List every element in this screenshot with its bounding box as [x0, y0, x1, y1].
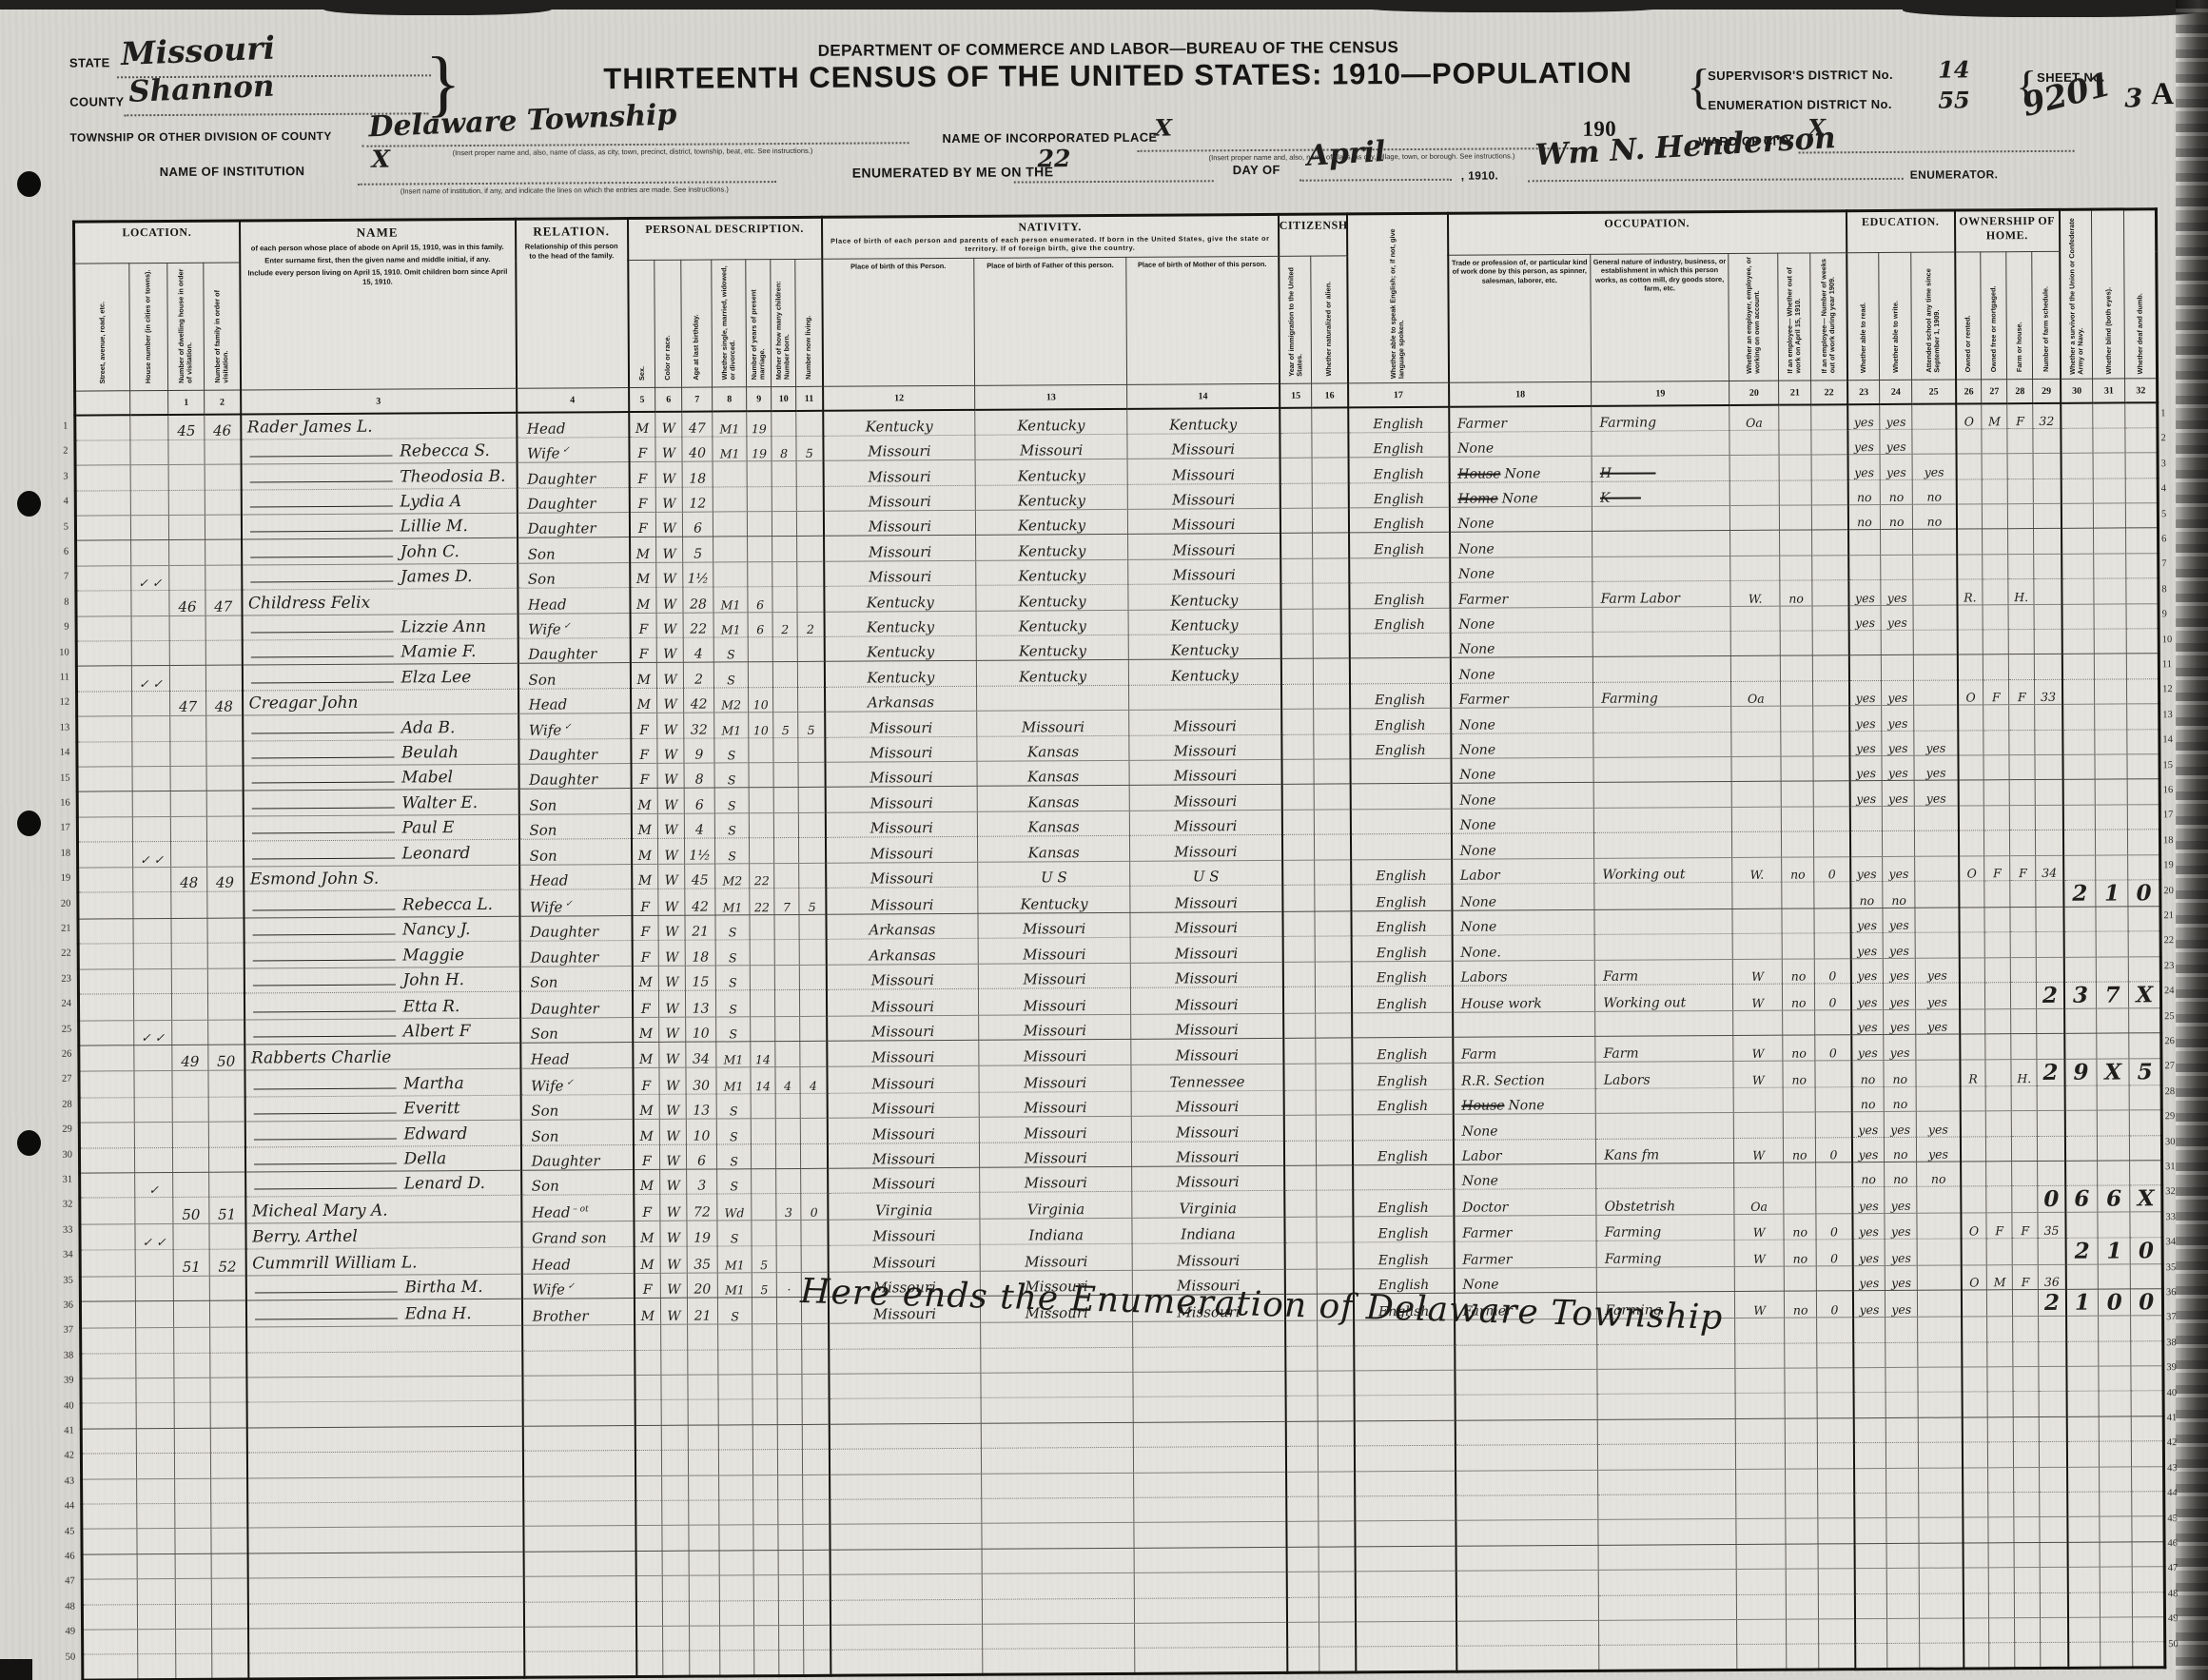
cell-emp	[1729, 480, 1779, 506]
cell-fs	[2040, 1467, 2067, 1493]
cell-bp	[830, 1448, 982, 1474]
cell-own: O	[1958, 680, 1983, 706]
cell-c: W	[658, 915, 685, 941]
cell-house	[136, 1454, 174, 1479]
cell-m: S	[717, 1221, 752, 1246]
cell-own	[1963, 1493, 1988, 1518]
cell-out: no	[1783, 1061, 1815, 1087]
cell-imm	[1280, 483, 1312, 509]
cell-street	[80, 1224, 135, 1250]
cell-age: 6	[684, 788, 714, 813]
cell-cb	[772, 662, 797, 688]
cell-bl	[2099, 1264, 2131, 1290]
cell-own	[1959, 830, 1984, 856]
cell-age: 21	[685, 915, 715, 941]
cell-ind	[1595, 1011, 1733, 1037]
cell-emp	[1729, 455, 1779, 480]
cell-occ	[1456, 1570, 1598, 1595]
cell-fh	[2014, 1568, 2040, 1593]
cell-df	[2130, 1135, 2162, 1161]
cell-fh: F	[2012, 1264, 2038, 1290]
cell-vet	[2067, 1542, 2100, 1568]
cell-sc	[1920, 1643, 1964, 1669]
cell-bp: Missouri	[824, 510, 976, 536]
cell-bf: Kentucky	[978, 886, 1130, 913]
cell-bf: Kentucky	[975, 409, 1127, 435]
cell-street	[78, 919, 133, 945]
cell-c: W	[659, 1043, 686, 1068]
cell-ind: K ——	[1592, 480, 1729, 506]
cell-sx: F	[633, 990, 659, 1017]
cell-age: 10	[686, 1017, 716, 1043]
cell-bp: Missouri	[824, 560, 976, 586]
cell-sc: yes	[1912, 454, 1956, 479]
cell-wk	[1812, 631, 1848, 656]
cell-age: 13	[686, 1094, 716, 1120]
cell-y	[753, 1525, 778, 1551]
cell-sc	[1918, 1317, 1962, 1342]
cell-c	[661, 1450, 688, 1475]
enumeration-district-label: ENUMERATION DISTRICT No.	[1708, 97, 1892, 112]
cell-cb	[778, 1475, 803, 1500]
cell-m: M1	[714, 713, 749, 738]
cell-m	[713, 512, 747, 537]
cell-wr: yes	[1882, 680, 1914, 706]
cell-ind: Working out	[1594, 857, 1732, 883]
cell-emp	[1736, 1494, 1786, 1519]
line-number-left: 31	[53, 1175, 72, 1185]
cell-house	[136, 1428, 174, 1454]
cell-wr: no	[1880, 479, 1912, 505]
cell-rd: yes	[1849, 680, 1882, 706]
line-number-left: 46	[56, 1552, 75, 1562]
cell-fr	[1983, 705, 2009, 731]
cell-bm: Kentucky	[1128, 584, 1280, 610]
cell-fam	[205, 539, 242, 565]
cell-cb	[775, 1017, 800, 1043]
cell-rd: yes	[1849, 755, 1882, 781]
cell-bp	[830, 1524, 982, 1550]
cell-emp	[1731, 732, 1781, 757]
cell-cb	[772, 411, 796, 437]
cell-eng: English	[1351, 961, 1452, 987]
cell-bf: Kentucky	[975, 484, 1127, 510]
cell-house	[137, 1579, 175, 1605]
cell-sx: M	[633, 1017, 659, 1043]
cell-wk	[1818, 1443, 1854, 1469]
cell-bm: Kentucky	[1127, 408, 1280, 434]
cell-df	[2131, 1391, 2163, 1416]
cell-wk	[1815, 1010, 1851, 1036]
column-header-cl: Number now living.	[795, 259, 823, 386]
cell-imm	[1284, 1191, 1317, 1218]
cell-rd: no	[1852, 1162, 1885, 1188]
cell-occ: Farmer	[1454, 1240, 1596, 1268]
cell-emp	[1735, 1343, 1785, 1369]
cell-bp: Missouri	[828, 1143, 980, 1168]
cell-cl	[797, 662, 824, 688]
cell-y	[752, 1375, 777, 1400]
cell-ind	[1598, 1469, 1736, 1494]
cell-wr	[1886, 1568, 1919, 1593]
cell-street	[76, 615, 131, 641]
cell-fs: 32	[2033, 403, 2061, 429]
cell-cb	[777, 1324, 802, 1350]
cell-bl	[2099, 1366, 2131, 1392]
cell-emp	[1734, 1266, 1784, 1292]
cell-imm	[1280, 659, 1313, 685]
cell-rel: Head	[518, 588, 630, 614]
cell-age	[690, 1651, 720, 1676]
cell-y	[750, 940, 774, 966]
cell-sc	[1914, 705, 1958, 731]
cell-house: ✓ ✓	[135, 1224, 173, 1250]
line-number-left: 16	[51, 798, 70, 809]
cell-nat	[1313, 609, 1349, 635]
sheet-suffix: A	[2151, 77, 2174, 112]
cell-c: W	[659, 1017, 686, 1043]
cell-fr	[1989, 1592, 2015, 1618]
cell-rel	[523, 1526, 635, 1552]
cell-vet	[2066, 1392, 2099, 1417]
cell-imm	[1282, 834, 1315, 860]
cell-nat	[1319, 1521, 1355, 1547]
cell-rd: yes	[1850, 856, 1883, 882]
cell-cl	[801, 1221, 828, 1246]
cell-bm: Missouri	[1130, 885, 1282, 912]
cell-out	[1783, 1087, 1815, 1113]
cell-sx: M	[630, 588, 656, 614]
cell-wk	[1811, 479, 1847, 505]
cell-wk	[1813, 706, 1849, 732]
cell-m	[719, 1575, 753, 1601]
cell-fr: F	[1986, 1213, 2012, 1239]
cell-bf	[981, 1347, 1133, 1373]
cell-bf: Kansas	[977, 786, 1129, 811]
cell-cl: 5	[796, 436, 823, 461]
cell-name: Beulah	[243, 739, 518, 766]
cell-emp: Oa	[1729, 405, 1779, 431]
cell-fr	[1983, 630, 2008, 655]
cell-fam: 47	[205, 590, 242, 615]
cell-vet: 2	[2063, 880, 2096, 907]
cell-age: 15	[685, 966, 715, 991]
cell-wk	[1817, 1417, 1853, 1443]
cell-occ	[1456, 1520, 1598, 1546]
cell-street	[76, 591, 131, 616]
cell-fh	[2010, 805, 2036, 830]
cell-eng	[1350, 758, 1451, 784]
cell-name	[247, 1476, 523, 1503]
column-header-colnum-cl: 11	[796, 386, 823, 411]
cell-out	[1786, 1544, 1818, 1570]
column-header-colnum-eng: 17	[1348, 382, 1449, 407]
cell-fh	[2010, 932, 2036, 958]
cell-fs	[2039, 1366, 2066, 1392]
cell-house	[134, 1147, 172, 1173]
county-value: Shannon	[127, 69, 275, 109]
cell-bp: Arkansas	[825, 686, 977, 712]
cell-sc	[1918, 1367, 1962, 1393]
cell-wr: yes	[1882, 705, 1914, 731]
cell-wr	[1881, 630, 1913, 655]
cell-wr: no	[1884, 1060, 1916, 1086]
cell-sc	[1916, 1034, 1960, 1060]
cell-bm: Virginia	[1132, 1191, 1284, 1219]
cell-df	[2132, 1516, 2164, 1542]
cell-y	[752, 1424, 777, 1450]
cell-fh	[2008, 529, 2034, 555]
cell-bp: Missouri	[827, 1041, 979, 1066]
cell-wr	[1881, 530, 1913, 556]
cell-imm	[1282, 885, 1315, 911]
cell-cb	[773, 737, 798, 763]
cell-house	[131, 615, 169, 641]
cell-name: Etta R.	[244, 991, 520, 1020]
cell-rd	[1855, 1644, 1887, 1670]
line-number-left: 13	[50, 722, 69, 733]
cell-y	[752, 1169, 776, 1195]
cell-wk: 0	[1816, 1214, 1852, 1240]
cell-bf: Missouri	[978, 912, 1130, 938]
line-number-left: 47	[56, 1576, 75, 1587]
cell-y	[752, 1399, 777, 1425]
cell-vet	[2065, 1110, 2098, 1136]
column-header-colnum-street	[75, 391, 130, 416]
cell-own	[1958, 755, 1983, 781]
cell-rd: yes	[1852, 1239, 1885, 1265]
cell-wk	[1811, 430, 1847, 456]
cell-age: 30	[686, 1067, 716, 1094]
cell-rel: Daughter	[517, 462, 629, 488]
cell-fam	[208, 1070, 244, 1097]
cell-occ	[1456, 1595, 1599, 1621]
cell-name: Mamie F.	[242, 638, 518, 665]
cell-eng: English	[1352, 986, 1453, 1013]
cell-cb	[778, 1525, 803, 1551]
cell-own	[1963, 1543, 1988, 1569]
cell-emp	[1737, 1644, 1787, 1670]
cell-rd: yes	[1850, 933, 1883, 959]
cell-fr	[1988, 1493, 2014, 1518]
cell-ind	[1592, 606, 1730, 632]
cell-house	[132, 791, 170, 817]
cell-wk	[1814, 831, 1850, 857]
cell-df	[2131, 1416, 2163, 1441]
cell-cl	[800, 1119, 827, 1144]
cell-out	[1780, 631, 1812, 656]
column-header-NATIVITY.: NATIVITY.Place of birth of each person a…	[822, 214, 1279, 259]
cell-name: Mabel	[243, 764, 518, 791]
cell-eng: English	[1348, 407, 1449, 433]
cell-rel: Wife ✓	[518, 613, 630, 638]
cell-dwell	[171, 993, 207, 1020]
cell-street	[76, 566, 131, 592]
cell-ind: Labors	[1595, 1061, 1733, 1088]
cell-nat	[1317, 1190, 1353, 1217]
cell-ind	[1594, 882, 1732, 909]
cell-name: Ada B.	[243, 713, 518, 740]
cell-fam	[210, 1428, 246, 1454]
cell-cl	[803, 1525, 830, 1551]
cell-bl	[2100, 1567, 2132, 1592]
cell-c: W	[660, 1246, 687, 1273]
cell-m: M2	[714, 688, 749, 713]
column-header-colnum-sx: 5	[629, 387, 655, 412]
cell-bp: Missouri	[828, 1167, 980, 1193]
cell-fh	[2015, 1643, 2041, 1669]
line-number-left: 5	[49, 521, 68, 532]
cell-name: James D.	[242, 563, 518, 590]
cell-own	[1958, 780, 1983, 806]
cell-sx: F	[629, 462, 655, 488]
cell-occ	[1455, 1344, 1597, 1370]
cell-out	[1786, 1518, 1818, 1544]
cell-imm	[1284, 1218, 1317, 1243]
cell-eng	[1356, 1647, 1456, 1672]
cell-y: 14	[751, 1066, 775, 1093]
cell-age: 12	[682, 487, 713, 513]
census-table: LOCATION.NAMEof each person whose place …	[72, 207, 2167, 1680]
cell-age: 6	[682, 512, 713, 537]
column-header-colnum-fam: 2	[205, 390, 241, 415]
cell-rel: Son	[518, 663, 630, 689]
cell-own	[1960, 1086, 1985, 1112]
line-number-left: 44	[55, 1501, 74, 1512]
cell-sx: F	[629, 512, 655, 537]
cell-name: Albert F	[244, 1018, 520, 1045]
cell-bm: Missouri	[1129, 710, 1281, 735]
cell-own	[1957, 630, 1983, 655]
cell-ind	[1592, 631, 1730, 656]
cell-nat	[1314, 684, 1350, 710]
cell-house	[136, 1403, 174, 1429]
cell-bl	[2094, 604, 2126, 630]
cell-bm: Tennessee	[1131, 1064, 1283, 1091]
cell-m: S	[714, 737, 749, 763]
line-number-left: 40	[55, 1400, 74, 1411]
cell-fam	[211, 1503, 247, 1529]
cell-street	[77, 741, 132, 767]
cell-ind: Farming	[1596, 1215, 1734, 1240]
cell-bm: Kentucky	[1128, 634, 1280, 659]
cell-dwell	[168, 440, 205, 465]
cell-fam	[211, 1553, 247, 1579]
cell-bf: Kansas	[977, 811, 1129, 836]
cell-age: 8	[684, 763, 714, 789]
cell-wk	[1814, 882, 1850, 908]
cell-vet	[2066, 1316, 2099, 1341]
cell-imm	[1280, 458, 1312, 483]
cell-y	[748, 561, 772, 587]
cell-df	[2132, 1567, 2164, 1592]
cell-street	[75, 516, 130, 541]
cell-wr	[1881, 555, 1913, 580]
cell-rel: Wife ✓	[520, 1067, 633, 1095]
cell-rel	[523, 1601, 635, 1627]
cell-out: no	[1784, 1240, 1816, 1266]
cell-y	[751, 1143, 775, 1169]
cell-sx: M	[634, 1169, 660, 1195]
cell-sc: yes	[1916, 983, 1960, 1009]
cell-df	[2131, 1366, 2163, 1392]
cell-dwell	[171, 968, 207, 994]
cell-fr	[1984, 932, 2010, 958]
cell-bp: Virginia	[828, 1193, 980, 1221]
month-blank	[1299, 179, 1452, 182]
cell-emp	[1736, 1469, 1786, 1494]
cell-y: 19	[747, 411, 772, 437]
cell-cl	[804, 1651, 830, 1676]
cell-df	[2127, 754, 2159, 780]
cell-c: W	[655, 487, 682, 513]
cell-street	[75, 415, 130, 440]
cell-cb	[776, 1221, 801, 1246]
cell-street	[78, 994, 133, 1021]
cell-fs	[2036, 932, 2063, 958]
line-number-left: 6	[49, 547, 68, 557]
cell-fam	[206, 791, 243, 816]
cell-sx	[635, 1325, 661, 1351]
cell-bp: Missouri	[823, 460, 975, 486]
cell-wk	[1817, 1393, 1853, 1418]
cell-bf: Kansas	[978, 835, 1130, 861]
cell-cb: 5	[773, 713, 798, 738]
cell-sx	[635, 1500, 662, 1526]
cell-imm	[1280, 609, 1313, 635]
cell-c: W	[655, 437, 682, 462]
cell-wk: 0	[1815, 1035, 1851, 1061]
cell-dwell	[174, 1377, 210, 1403]
cell-fh	[2008, 630, 2034, 655]
cell-street	[82, 1553, 137, 1579]
cell-y	[748, 637, 772, 663]
cell-rel: Son	[519, 966, 632, 991]
cell-wk	[1813, 681, 1849, 707]
cell-out	[1780, 530, 1812, 556]
cell-bl: 0	[2099, 1289, 2131, 1316]
cell-bf: Kansas	[977, 735, 1129, 761]
cell-nat	[1319, 1471, 1355, 1496]
cell-rd	[1853, 1393, 1886, 1418]
cell-rd	[1849, 655, 1882, 681]
cell-fr	[1982, 454, 2007, 479]
cell-rd: yes	[1849, 706, 1882, 732]
cell-house	[137, 1478, 175, 1504]
cell-rd: yes	[1851, 1035, 1884, 1061]
cell-fh	[2011, 1009, 2037, 1035]
cell-bf: Missouri	[978, 963, 1130, 988]
cell-emp: W	[1733, 1036, 1783, 1062]
cell-wr: yes	[1882, 781, 1914, 807]
cell-dwell	[174, 1353, 210, 1378]
cell-street	[79, 1123, 134, 1148]
cell-cb: 8	[772, 436, 796, 461]
cell-fam: 46	[205, 415, 241, 440]
cell-out: no	[1782, 856, 1814, 882]
cell-street	[81, 1403, 136, 1429]
cell-bl	[2097, 1085, 2129, 1111]
cell-bl	[2093, 402, 2125, 428]
cell-sc	[1915, 856, 1959, 882]
cell-sc	[1920, 1618, 1964, 1644]
cell-bl: 6	[2098, 1185, 2130, 1212]
cell-rd: no	[1851, 1086, 1884, 1112]
column-header-ind: General nature of industry, business, or…	[1591, 253, 1729, 381]
cell-df	[2125, 402, 2158, 428]
cell-vet	[2061, 529, 2094, 555]
column-header-y: Number of years of present marriage.	[746, 260, 772, 387]
